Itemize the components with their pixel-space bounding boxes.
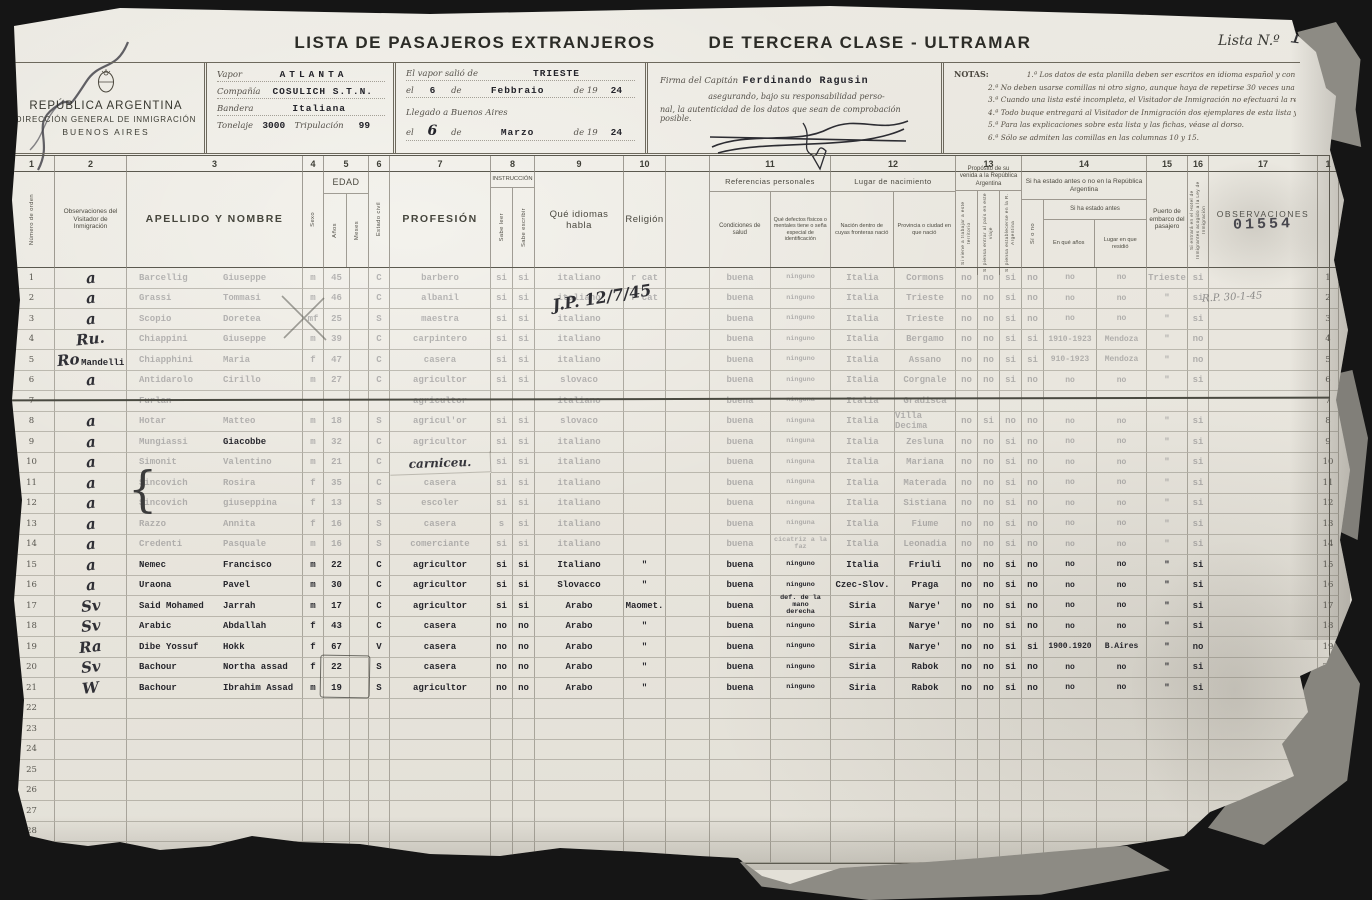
cell-c16 (1188, 391, 1209, 412)
cell-lang: italiano (535, 535, 624, 556)
cell-c16: si (1188, 596, 1209, 617)
agency-block: REPÚBLICA ARGENTINA DIRECCIÓN GENERAL DE… (8, 63, 204, 153)
cell-c16: si (1188, 678, 1209, 699)
cell-p2 (978, 740, 1000, 761)
cell-n: 29 (9, 842, 55, 863)
cell-c16: si (1188, 514, 1209, 535)
cell-salud: buena (710, 289, 771, 310)
cell-lug: no (1097, 371, 1147, 392)
cell-n2: 12 (1318, 494, 1339, 515)
cell-n: 20 (9, 658, 55, 679)
cell-n: 26 (9, 781, 55, 802)
cell-esc: si (513, 309, 535, 330)
cell-civ (369, 822, 390, 843)
cell-rel (624, 842, 666, 863)
cell-o17 (1209, 842, 1318, 863)
cell-obs: a (55, 412, 127, 433)
cell-name: MungiassiGiacobbe (127, 432, 303, 453)
cell-sex: m (303, 596, 324, 617)
cell-gap (666, 494, 710, 515)
col-number: 16 (1188, 156, 1209, 172)
cell-esc: no (513, 637, 535, 658)
cell-rel (624, 350, 666, 371)
tonelaje-value: 3000 (253, 120, 294, 131)
cell-nac: Italia (831, 453, 895, 474)
cell-leer: si (491, 473, 513, 494)
header-estado-antes-group: Si ha estado antes o no en la República … (1022, 172, 1147, 268)
cell-est (1022, 801, 1044, 822)
cell-n: 12 (9, 494, 55, 515)
cell-prof (390, 842, 491, 863)
tripulacion-value: 99 (344, 120, 385, 131)
cell-civ (369, 699, 390, 720)
cell-nac: Italia (831, 555, 895, 576)
cell-est: no (1022, 576, 1044, 597)
cell-lang (535, 822, 624, 843)
header-idiomas: Qué idiomas habla (535, 172, 624, 268)
cell-c16 (1188, 842, 1209, 863)
cell-esc (513, 719, 535, 740)
cell-salud: buena (710, 391, 771, 412)
cell-lang: italiano (535, 473, 624, 494)
cell-anos: no (1044, 576, 1097, 597)
cell-mos (350, 473, 369, 494)
cell-def: ninguno (771, 555, 831, 576)
cell-lang: italiano (535, 514, 624, 535)
cell-n2: 4 (1318, 330, 1339, 351)
cell-p2: no (978, 555, 1000, 576)
cell-anos: no (1044, 514, 1097, 535)
cell-def: ninguno (771, 678, 831, 699)
cell-sex (303, 842, 324, 863)
captain-name: Ferdinando Ragusin (743, 76, 869, 87)
cell-sex (303, 740, 324, 761)
cell-est: no (1022, 371, 1044, 392)
cell-yrs (324, 781, 350, 802)
header-sabe-escribir: Sabe escribir (512, 188, 534, 267)
cell-prov: Trieste (895, 309, 956, 330)
cell-esc: si (513, 535, 535, 556)
note-4: 4.ª Todo buque entregará al Visitador de… (954, 107, 1296, 120)
cell-name (127, 699, 303, 720)
cell-sex (303, 760, 324, 781)
cell-p1 (956, 801, 978, 822)
cell-name (127, 842, 303, 863)
header-religion: Religión (624, 172, 666, 268)
cell-p3: si (1000, 576, 1022, 597)
cell-sex: m (303, 576, 324, 597)
cell-rel: " (624, 678, 666, 699)
cell-rel (624, 760, 666, 781)
cell-def: ninguno (771, 637, 831, 658)
cell-salud: buena (710, 494, 771, 515)
cell-name (127, 740, 303, 761)
cell-lang: slovaco (535, 412, 624, 433)
cell-o17 (1209, 350, 1318, 371)
cell-esc: si (513, 473, 535, 494)
cell-o17 (1209, 535, 1318, 556)
salida-month: Febbraio (462, 85, 574, 96)
cell-p1: no (956, 617, 978, 638)
cell-esc: si (513, 494, 535, 515)
cell-p1 (956, 760, 978, 781)
cell-mos (350, 740, 369, 761)
cell-est: no (1022, 596, 1044, 617)
cell-def: ninguna (771, 494, 831, 515)
cell-c16 (1188, 760, 1209, 781)
cell-leer: si (491, 494, 513, 515)
cell-est (1022, 760, 1044, 781)
cell-lug (1097, 391, 1147, 412)
cell-mos (350, 760, 369, 781)
cell-pto: " (1147, 535, 1188, 556)
header-observaciones-stamp: OBSERVACIONES 01554 (1209, 172, 1318, 268)
header-anios: Años (324, 194, 346, 267)
cell-o17 (1209, 494, 1318, 515)
cell-leer: si (491, 555, 513, 576)
cell-n: 17 (9, 596, 55, 617)
cell-lang (535, 740, 624, 761)
cell-salud: buena (710, 535, 771, 556)
cell-nac (831, 801, 895, 822)
cell-def: ninguna (771, 453, 831, 474)
cell-nac: Italia (831, 330, 895, 351)
cell-nac: Italia (831, 289, 895, 310)
cell-n2 (1318, 842, 1339, 863)
ship-details-block: Vapor ATLANTA Compañía COSULICH S.T.N. B… (204, 63, 396, 153)
cell-anos: no (1044, 494, 1097, 515)
cell-rel (624, 719, 666, 740)
cell-p2 (978, 801, 1000, 822)
bandera-value: Italiana (253, 103, 385, 114)
cell-p2 (978, 699, 1000, 720)
cell-lang: Italiano (535, 555, 624, 576)
cell-leer (491, 760, 513, 781)
cell-yrs (324, 822, 350, 843)
cell-obs: a (55, 453, 127, 474)
col-number: 11 (710, 156, 831, 172)
cell-obs (55, 719, 127, 740)
cell-nac: Italia (831, 371, 895, 392)
cell-salud: buena (710, 678, 771, 699)
cell-n2: 18 (1318, 617, 1339, 638)
cell-lug: no (1097, 453, 1147, 474)
cell-prof: agricultor (390, 576, 491, 597)
cell-sex: m (303, 555, 324, 576)
cell-anos: no (1044, 432, 1097, 453)
cell-p3 (1000, 822, 1022, 843)
cell-n: 18 (9, 617, 55, 638)
cell-c16: si (1188, 371, 1209, 392)
cell-rel (624, 535, 666, 556)
cell-o17 (1209, 309, 1318, 330)
cell-p3: si (1000, 535, 1022, 556)
cell-n: 11 (9, 473, 55, 494)
cell-anos (1044, 822, 1097, 843)
cell-lug: no (1097, 596, 1147, 617)
cell-c16 (1188, 740, 1209, 761)
cell-rel (624, 801, 666, 822)
cell-name (127, 719, 303, 740)
cell-def: ninguno (771, 576, 831, 597)
cell-obs: a (55, 473, 127, 494)
cell-esc: si (513, 412, 535, 433)
cell-prov: Trieste (895, 289, 956, 310)
salida-label: El vapor salió de (406, 69, 478, 79)
header-si-ha-estado-label: Si ha estado antes (1044, 200, 1146, 220)
header-profesion: PROFESIÓN (390, 172, 491, 268)
cell-o17 (1209, 617, 1318, 638)
cell-obs: Ru. (55, 330, 127, 351)
cell-lug (1097, 801, 1147, 822)
cell-civ (369, 801, 390, 822)
cell-leer (491, 781, 513, 802)
cell-civ: C (369, 596, 390, 617)
col-number: 17 (1209, 156, 1318, 172)
cell-obs (55, 842, 127, 863)
header-lugar-nacimiento: Lugar de nacimiento (831, 172, 955, 192)
cell-civ: C (369, 473, 390, 494)
cell-lang: italiano (535, 391, 624, 412)
cell-n2: 14 (1318, 535, 1339, 556)
cell-yrs: 47 (324, 350, 350, 371)
compania-value: COSULICH S.T.N. (260, 86, 385, 97)
cell-p3: si (1000, 514, 1022, 535)
cell-p2: no (978, 658, 1000, 679)
cell-p3: si (1000, 289, 1022, 310)
cell-name: ChiapphiniMaria (127, 350, 303, 371)
cell-sex: m (303, 371, 324, 392)
cell-obs: a (55, 535, 127, 556)
cell-gap (666, 350, 710, 371)
cell-leer: si (491, 412, 513, 433)
cell-est (1022, 740, 1044, 761)
cell-leer (491, 699, 513, 720)
cell-est: no (1022, 617, 1044, 638)
cell-prov: Bergamo (895, 330, 956, 351)
cell-name (127, 822, 303, 843)
cell-name (127, 760, 303, 781)
cell-rel (624, 740, 666, 761)
agency-city: BUENOS AIRES (8, 127, 204, 137)
cell-anos: no (1044, 268, 1097, 289)
cell-pto: " (1147, 432, 1188, 453)
cell-o17 (1209, 453, 1318, 474)
cell-gap (666, 391, 710, 412)
cell-yrs: 27 (324, 371, 350, 392)
cell-lug: no (1097, 514, 1147, 535)
cell-civ: S (369, 514, 390, 535)
cell-nac (831, 781, 895, 802)
cell-n2: 16 (1318, 576, 1339, 597)
cell-pto: " (1147, 330, 1188, 351)
cell-prof (390, 699, 491, 720)
cell-p1: no (956, 494, 978, 515)
cell-p2: si (978, 412, 1000, 433)
cell-pto: " (1147, 678, 1188, 699)
cell-leer (491, 801, 513, 822)
cell-lang: Arabo (535, 658, 624, 679)
vapor-value: ATLANTA (242, 69, 385, 80)
cell-p3 (1000, 391, 1022, 412)
cell-sex: f (303, 514, 324, 535)
cell-pto: " (1147, 371, 1188, 392)
cell-lug: no (1097, 412, 1147, 433)
cell-pto: " (1147, 596, 1188, 617)
col-number-blank (666, 156, 710, 172)
cell-salud: buena (710, 596, 771, 617)
header-referencias-group: Referencias personales Condiciones de sa… (710, 172, 831, 268)
cell-rel (624, 330, 666, 351)
header-si-o-no: Sí o no (1022, 200, 1043, 267)
cell-civ: C (369, 268, 390, 289)
cell-prof: casera (390, 617, 491, 638)
cell-sex (303, 781, 324, 802)
cell-leer: no (491, 637, 513, 658)
cell-gap (666, 412, 710, 433)
cell-p1: no (956, 330, 978, 351)
cell-civ: C (369, 330, 390, 351)
cell-c16: si (1188, 309, 1209, 330)
cell-p2 (978, 822, 1000, 843)
cell-p3: si (1000, 637, 1022, 658)
cell-o17 (1209, 330, 1318, 351)
cell-civ: S (369, 309, 390, 330)
cell-name (127, 781, 303, 802)
cell-leer: si (491, 371, 513, 392)
col-number: 15 (1147, 156, 1188, 172)
cell-p3 (1000, 760, 1022, 781)
header-en-que-anios: En qué años (1044, 220, 1095, 267)
cell-p1: no (956, 637, 978, 658)
cell-n2: 1 (1318, 268, 1339, 289)
voyage-dates-block: El vapor salió de TRIESTE el 6 de Febbra… (396, 63, 648, 153)
cell-def: ninguno (771, 268, 831, 289)
header-si-ha-estado: Si ha estado antes En qué años Lugar en … (1043, 200, 1146, 267)
cell-salud (710, 719, 771, 740)
cell-pto: " (1147, 637, 1188, 658)
cell-prov (895, 760, 956, 781)
cell-sex: f (303, 350, 324, 371)
cell-anos: no (1044, 453, 1097, 474)
cell-prov: Mariana (895, 453, 956, 474)
cell-esc: si (513, 453, 535, 474)
col-number: 2 (55, 156, 127, 172)
cell-prov: Narye' (895, 617, 956, 638)
header-apellido-nombre: APELLIDO Y NOMBRE (127, 172, 303, 268)
cell-p3: si (1000, 432, 1022, 453)
cell-leer: si (491, 432, 513, 453)
cell-p2: no (978, 309, 1000, 330)
cell-est: no (1022, 678, 1044, 699)
cell-p3: si (1000, 330, 1022, 351)
cell-gap (666, 678, 710, 699)
cell-mos (350, 822, 369, 843)
cell-nac (831, 740, 895, 761)
col-number: 3 (127, 156, 303, 172)
cell-gap (666, 822, 710, 843)
cell-prov (895, 822, 956, 843)
cell-lug: no (1097, 473, 1147, 494)
cell-pto (1147, 801, 1188, 822)
cell-lug: Mendoza (1097, 350, 1147, 371)
cell-est: no (1022, 535, 1044, 556)
form-header-band: REPÚBLICA ARGENTINA DIRECCIÓN GENERAL DE… (8, 62, 1300, 154)
header-nacimiento-group: Lugar de nacimiento Nación dentro de cuy… (831, 172, 956, 268)
cell-p3: si (1000, 678, 1022, 699)
cell-anos (1044, 391, 1097, 412)
lista-number-label: Lista N.º (1218, 33, 1280, 49)
document-title-left: LISTA DE PASAJEROS EXTRANJEROS (290, 33, 660, 53)
cell-yrs: 16 (324, 514, 350, 535)
header-right-margin (1318, 172, 1339, 268)
cell-prov: Narye' (895, 637, 956, 658)
cell-rel (624, 781, 666, 802)
cell-c16 (1188, 801, 1209, 822)
header-defectos: Qué defectos físicos o mentales tiene o … (770, 192, 831, 267)
cell-o17 (1209, 576, 1318, 597)
cell-p1 (956, 391, 978, 412)
cell-p1: no (956, 535, 978, 556)
header-estado-antes-titulo: Si ha estado antes o no en la República … (1022, 172, 1146, 200)
stamp-number: 01554 (1233, 220, 1293, 229)
cell-pto (1147, 699, 1188, 720)
agency-name: REPÚBLICA ARGENTINA (8, 100, 204, 112)
cell-p3: si (1000, 309, 1022, 330)
cell-nac: Siria (831, 596, 895, 617)
header-proposito-b: Si piensa entrar al país en este viaje (977, 191, 999, 275)
cell-lug: no (1097, 555, 1147, 576)
col-number: 4 (303, 156, 324, 172)
note-5: 5.ª Para las explicaciones sobre esta li… (954, 119, 1296, 132)
cell-mos (350, 781, 369, 802)
cell-gap (666, 514, 710, 535)
cell-o17 (1209, 432, 1318, 453)
cell-salud: buena (710, 637, 771, 658)
cell-pto: " (1147, 576, 1188, 597)
cell-salud: buena (710, 350, 771, 371)
cell-sex (303, 699, 324, 720)
cell-prof: carniceu. (390, 451, 492, 475)
cell-prof (390, 760, 491, 781)
header-puerto-embarco: Puerto de embarco del pasajero (1147, 172, 1188, 268)
cell-prov: Rabok (895, 678, 956, 699)
cell-esc (513, 781, 535, 802)
cell-prov (895, 719, 956, 740)
llegada-de19-label: de 19 (574, 128, 598, 138)
cell-c16: si (1188, 453, 1209, 474)
cell-anos: 910-1923 (1044, 350, 1097, 371)
cell-def (771, 699, 831, 720)
cell-civ (369, 740, 390, 761)
cell-nac: Italia (831, 391, 895, 412)
cell-salud (710, 740, 771, 761)
cell-obs: Ra (55, 637, 127, 658)
cell-nac (831, 760, 895, 781)
cell-p1: no (956, 658, 978, 679)
cell-leer (491, 740, 513, 761)
cell-def: cicatriz a la faz (771, 535, 831, 556)
cell-est (1022, 699, 1044, 720)
cell-name: UraonaPavel (127, 576, 303, 597)
col-number: 1 (9, 156, 55, 172)
cell-n: 13 (9, 514, 55, 535)
cell-prof: agricul'or (390, 412, 491, 433)
llegada-day-handwritten: 6 (414, 123, 451, 139)
cell-p3: si (1000, 453, 1022, 474)
cell-yrs (324, 740, 350, 761)
cell-mos (350, 617, 369, 638)
